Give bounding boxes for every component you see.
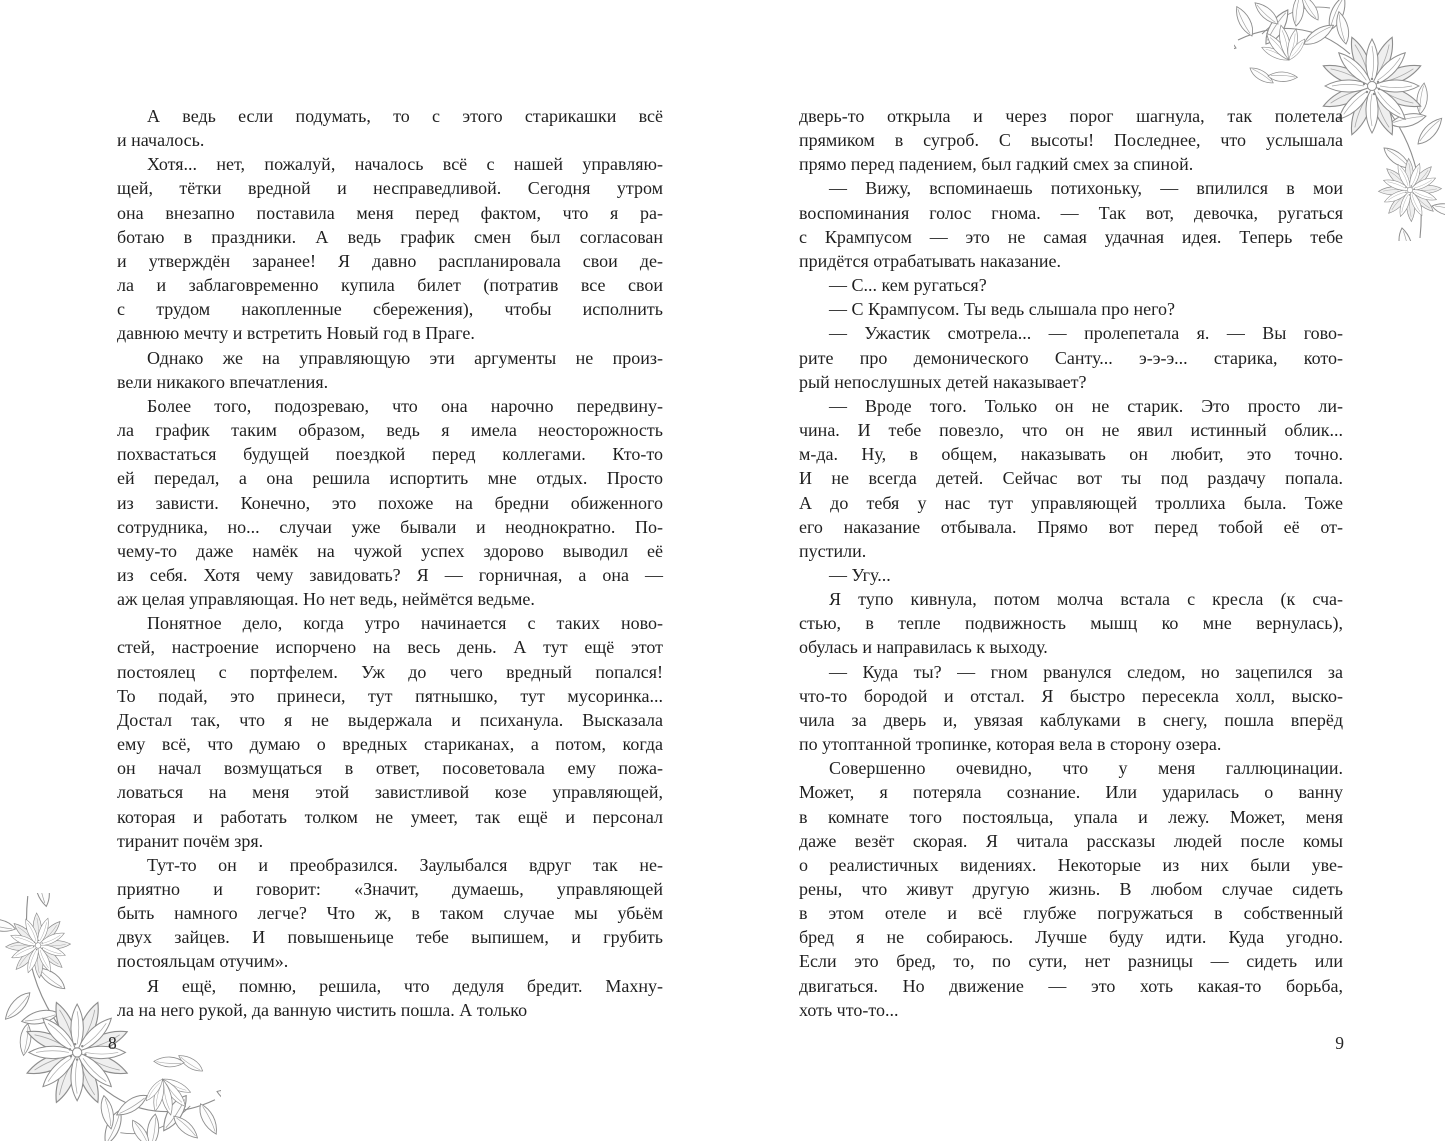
text-line: Достал так, что я не выдержала и психану… (117, 708, 663, 732)
text-line: стью, в тепле подвижность мышц ко мне ве… (799, 611, 1343, 635)
text-line: даже везёт скорая. Я читала рассказы люд… (799, 829, 1343, 853)
text-line: прямиком в сугроб. С высоты! Последнее, … (799, 128, 1343, 152)
book-spread: А ведь если подумать, то с этого старика… (0, 0, 1445, 1141)
text-line: То подай, это принеси, тут пятнышко, тут… (117, 684, 663, 708)
text-line: что-то бородой и отстал. Я быстро пересе… (799, 684, 1343, 708)
text-line: сотрудника, но... случаи уже бывали и не… (117, 515, 663, 539)
text-line: Хотя... нет, пожалуй, началось всё с наш… (117, 152, 663, 176)
text-line: и началось. (117, 128, 663, 152)
text-line: ла график таким образом, ведь я имела не… (117, 418, 663, 442)
text-line: чила за дверь и, увязая каблуками в снег… (799, 708, 1343, 732)
text-line: бред я не собираюсь. Лучше буду идти. Ку… (799, 925, 1343, 949)
text-line: рены, что живут другую жизнь. В любом сл… (799, 877, 1343, 901)
text-line: Тут-то он и преобразился. Заулыбался вдр… (117, 853, 663, 877)
text-line: его наказание отбывала. Прямо вот перед … (799, 515, 1343, 539)
text-line: постояльцам отучим». (117, 949, 663, 973)
text-line: вели никакого впечатления. (117, 370, 663, 394)
text-line: Однако же на управляющую эти аргументы н… (117, 346, 663, 370)
text-line: в комнате того постояльца, упала и лежу.… (799, 805, 1343, 829)
text-line: быть намного легче? Что ж, в таком случа… (117, 901, 663, 925)
text-line: обулась и направилась к выходу. (799, 635, 1343, 659)
page-number-left: 8 (108, 1032, 117, 1054)
text-line: аж целая управляющая. Но нет ведь, неймё… (117, 587, 663, 611)
text-line: Более того, подозреваю, что она нарочно … (117, 394, 663, 418)
text-line: из себя. Хотя чему завидовать? Я — горни… (117, 563, 663, 587)
text-line: — С... кем ругаться? (799, 273, 1343, 297)
text-line: воспоминания голос гнома. — Так вот, дев… (799, 201, 1343, 225)
text-line: рый непослушных детей наказывает? (799, 370, 1343, 394)
text-line: тиранит почём зря. (117, 829, 663, 853)
text-line: которая и работать толком не умеет, так … (117, 805, 663, 829)
text-line: двигаться. Но движение — это хоть какая-… (799, 974, 1343, 998)
text-line: — С Крампусом. Ты ведь слышала про него? (799, 297, 1343, 321)
text-line: — Угу... (799, 563, 1343, 587)
text-line: чему-то даже намёк на чужой успех здоров… (117, 539, 663, 563)
text-line: — Вроде того. Только он не старик. Это п… (799, 394, 1343, 418)
text-line: и утверждён заранее! Я давно распланиров… (117, 249, 663, 273)
text-line: приятно и говорит: «Значит, думаешь, упр… (117, 877, 663, 901)
text-line: чина. И тебе повезло, что он не явил ист… (799, 418, 1343, 442)
text-line: придётся отрабатывать наказание. (799, 249, 1343, 273)
text-line: в этом отеле и всё глубже погружаться в … (799, 901, 1343, 925)
text-line: ботаю в праздники. А ведь график смен бы… (117, 225, 663, 249)
text-line: щей, тётки вредной и несправедливой. Сег… (117, 176, 663, 200)
text-line: прямо перед падением, был гадкий смех за… (799, 152, 1343, 176)
text-line: Я ещё, помню, решила, что дедуля бредит.… (117, 974, 663, 998)
text-line: по утоптанной тропинке, которая вела в с… (799, 732, 1343, 756)
text-line: стей, настроение испорчено на весь день.… (117, 635, 663, 659)
text-line: рите про демонического Санту... э-э-э...… (799, 346, 1343, 370)
page-number-right: 9 (1335, 1032, 1344, 1054)
text-line: Если это бред, то, по сути, нет разницы … (799, 949, 1343, 973)
text-line: с трудом накопленные сбережения), чтобы … (117, 297, 663, 321)
text-line: — Куда ты? — гном рванулся следом, но за… (799, 660, 1343, 684)
text-line: она внезапно поставила меня перед фактом… (117, 201, 663, 225)
text-line: из зависти. Конечно, это похоже на бредн… (117, 491, 663, 515)
text-line: Понятное дело, когда утро начинается с т… (117, 611, 663, 635)
text-line: ловаться на меня этой завистливой козе у… (117, 780, 663, 804)
text-line: похвастаться будущей поездкой перед колл… (117, 442, 663, 466)
text-line: А до тебя у нас тут управляющей троллиха… (799, 491, 1343, 515)
text-line: с Крампусом — это не самая удачная идея.… (799, 225, 1343, 249)
text-line: двух зайцев. И повышеньице тебе выпишем,… (117, 925, 663, 949)
text-line: м-да. Ну, в общем, наказывать он любит, … (799, 442, 1343, 466)
text-line: дверь-то открыла и через порог шагнула, … (799, 104, 1343, 128)
text-line: — Вижу, вспоминаешь потихоньку, — впилил… (799, 176, 1343, 200)
text-line: Я тупо кивнула, потом молча встала с кре… (799, 587, 1343, 611)
text-line: И не всегда детей. Сейчас вот ты под раз… (799, 466, 1343, 490)
text-line: постоялец с портфелем. Уж до чего вредны… (117, 660, 663, 684)
text-line: ла на него рукой, да ванную чистить пошл… (117, 998, 663, 1022)
page-right-text-column: дверь-то открыла и через порог шагнула, … (799, 104, 1343, 1022)
page-left-text-column: А ведь если подумать, то с этого старика… (117, 104, 663, 1022)
text-line: ему всё, что думаю о вредных стариканах,… (117, 732, 663, 756)
text-line: — Ужастик смотрела... — пролепетала я. —… (799, 321, 1343, 345)
text-line: ей передал, а она решила испортить мне о… (117, 466, 663, 490)
text-line: хоть что-то... (799, 998, 1343, 1022)
text-line: он начал возмущаться в ответ, посоветова… (117, 756, 663, 780)
text-line: о реалистичных видениях. Некоторые из ни… (799, 853, 1343, 877)
text-line: пустили. (799, 539, 1343, 563)
text-line: Совершенно очевидно, что у меня галлюцин… (799, 756, 1343, 780)
text-line: Может, я потеряла сознание. Или ударилас… (799, 780, 1343, 804)
text-line: ла и заблаговременно купила билет (потра… (117, 273, 663, 297)
text-line: А ведь если подумать, то с этого старика… (117, 104, 663, 128)
text-line: давнюю мечту и встретить Новый год в Пра… (117, 321, 663, 345)
